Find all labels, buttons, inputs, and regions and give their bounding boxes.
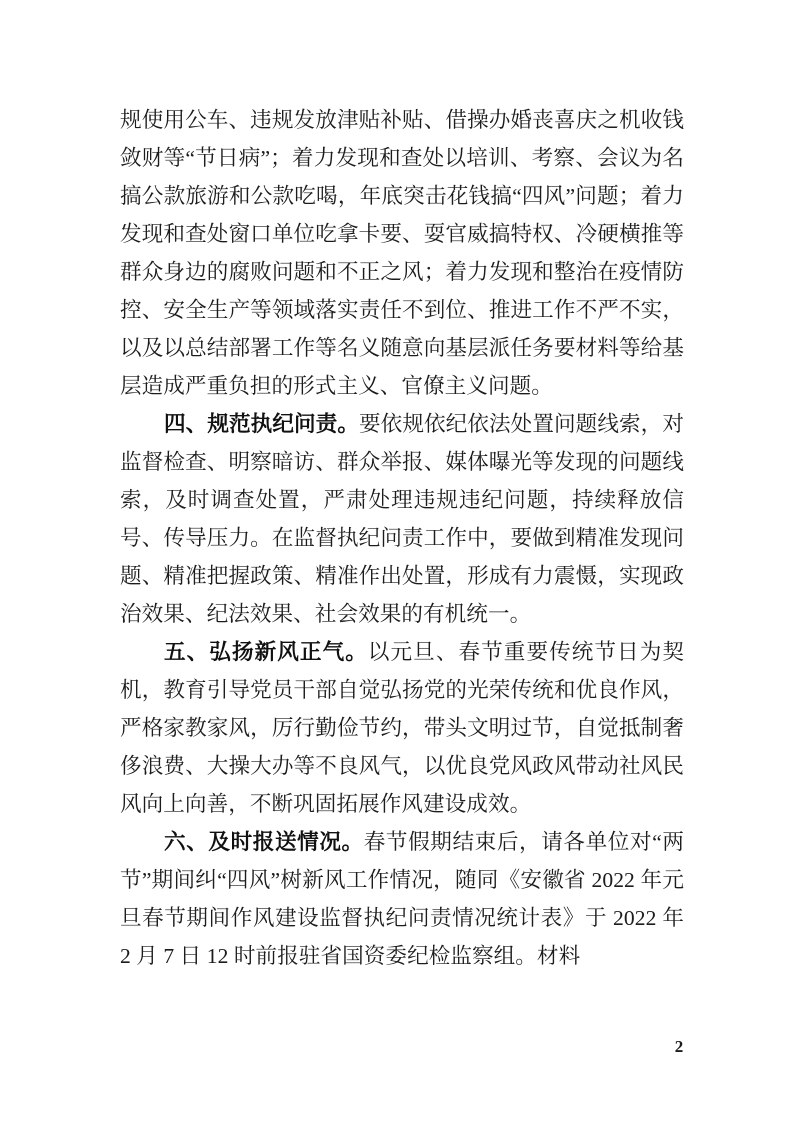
page-number: 2 <box>669 1037 689 1057</box>
paragraph-heading-run: 六、及时报送情况。 <box>164 830 364 854</box>
paragraph-text-run: 要依规依纪依法处置问题线索，对监督检查、明察暗访、群众举报、媒体曝光等发现的问题… <box>120 412 684 626</box>
paragraph-heading-run: 五、弘扬新风正气。 <box>164 640 368 664</box>
paragraph-text-run: 以元旦、春节重要传统节日为契机，教育引导党员干部自觉弘扬党的光荣传统和优良作风，… <box>120 640 684 816</box>
paragraph: 四、规范执纪问责。要依规依纪依法处置问题线索，对监督检查、明察暗访、群众举报、媒… <box>120 405 684 633</box>
paragraph: 规使用公车、违规发放津贴补贴、借操办婚丧喜庆之机收钱敛财等“节日病”；着力发现和… <box>120 101 684 405</box>
document-body: 规使用公车、违规发放津贴补贴、借操办婚丧喜庆之机收钱敛财等“节日病”；着力发现和… <box>120 101 684 975</box>
paragraph: 五、弘扬新风正气。以元旦、春节重要传统节日为契机，教育引导党员干部自觉弘扬党的光… <box>120 633 684 823</box>
paragraph: 六、及时报送情况。春节假期结束后，请各单位对“两节”期间纠“四风”树新风工作情况… <box>120 823 684 975</box>
paragraph-heading-run: 四、规范执纪问责。 <box>164 412 359 436</box>
paragraph-text-run: 规使用公车、违规发放津贴补贴、借操办婚丧喜庆之机收钱敛财等“节日病”；着力发现和… <box>120 108 684 398</box>
document-page: 规使用公车、违规发放津贴补贴、借操办婚丧喜庆之机收钱敛财等“节日病”；着力发现和… <box>0 0 800 1131</box>
